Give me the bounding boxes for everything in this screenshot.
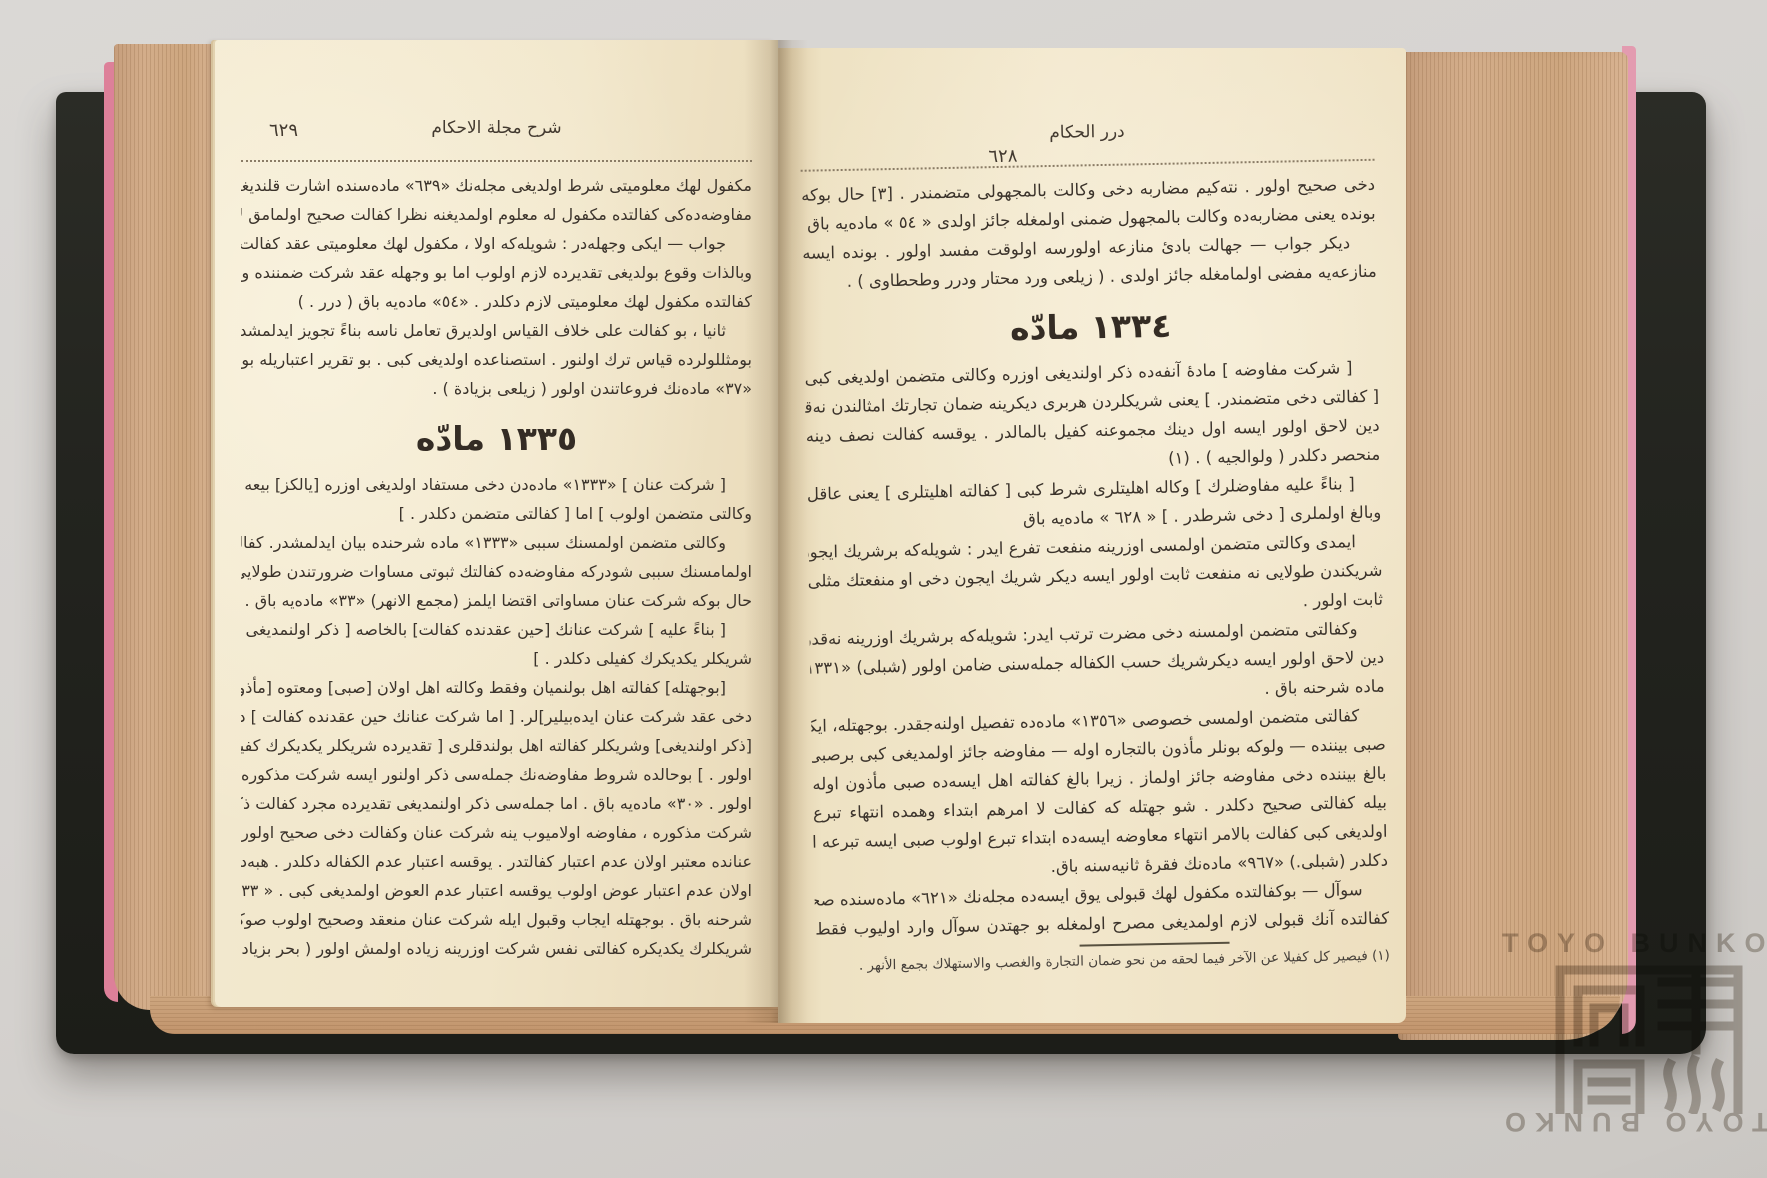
- text-line: جواب — ايكى وجهله‌در : شويله‌كه اولا ، م…: [241, 229, 752, 258]
- text-line: كفالتده مكفول لهك معلوميتى لازم دكلدر . …: [241, 287, 752, 316]
- text-line: دخى عقد شركت عنان ايده‌بيلير]لر. [ اما ش…: [241, 702, 752, 731]
- left-running-title: شرح مجلة الاحكام: [241, 118, 752, 138]
- photo-background: ٦٢٩ شرح مجلة الاحكام مكفول لهك معلوميتى …: [0, 0, 1767, 1178]
- article-heading: ١٣٣٥ مادّه: [241, 419, 752, 458]
- text-line: [بوجهتله] كفالته اهل بولنميان وفقط وكالت…: [241, 673, 752, 702]
- text-line: [ بناءً عليه ] شركت عنانك [حين عقدنده كف…: [241, 615, 752, 644]
- header-rule-left: [241, 160, 752, 162]
- page-edges-left: [114, 44, 216, 1010]
- text-line: حال بوكه شركت عنان مساواتى اقتضا ايلمز (…: [241, 586, 752, 615]
- right-page-header: ٦٢٨ درر الحكام: [800, 117, 1374, 156]
- header-rule-right: [801, 159, 1375, 172]
- text-line: اولان عدم اعتبار عوض اولوب يوقسه اعتبار …: [241, 876, 752, 905]
- text-line: [ شركت عنان ] «١٣٣٣» ماده‌دن دخى مستفاد …: [241, 470, 752, 499]
- text-line: مفاوضه‌ده‌كى كفالتده مكفول له معلوم اولم…: [241, 200, 752, 229]
- text-line: اولور . ] بوحالده شروط مفاوضه‌نك جمله‌سى…: [241, 760, 752, 789]
- right-page: ٦٢٨ درر الحكام دخى صحيح اولور . نته‌كيم …: [778, 48, 1406, 1023]
- text-line: وكالتى متضمن اولوب ] اما [ كفالتى متضمن …: [241, 499, 752, 528]
- text-line: شرحنه باق . بوجهتله ايجاب وقبول ايله شرك…: [241, 905, 752, 934]
- text-line: بومثللولرده قياس ترك اولنور . استصناعده …: [241, 345, 752, 374]
- text-line: شركت مذكوره ، مفاوضه اولاميوب ينه شركت ع…: [241, 818, 752, 847]
- text-line: «٣٧» ماده‌نك فروعاتندن اولور ( زيلعى بزي…: [241, 374, 752, 403]
- text-line: وبالذات وقوع بولديغى تقديرده لازم اولوب …: [241, 258, 752, 287]
- right-page-body: دخى صحيح اولور . نته‌كيم مضاربه دخى وكال…: [801, 170, 1390, 944]
- left-page: ٦٢٩ شرح مجلة الاحكام مكفول لهك معلوميتى …: [215, 40, 778, 1007]
- text-line: شريكلرك يكديكره كفالتى نفس شركت اوزرينه …: [241, 934, 752, 963]
- left-page-header: ٦٢٩ شرح مجلة الاحكام: [241, 118, 752, 146]
- right-running-title: درر الحكام: [800, 117, 1374, 148]
- left-page-body: مكفول لهك معلوميتى شرط اولديغى مجله‌نك «…: [241, 171, 752, 963]
- text-line: وكالتى متضمن اولمسنك سببى «١٣٣٣» ماده شر…: [241, 528, 752, 557]
- text-line: اولور . «٣٠» ماده‌يه باق . اما جمله‌سى ذ…: [241, 789, 752, 818]
- right-page-number: ٦٢٨: [988, 146, 1017, 168]
- toyo-bunko-watermark-text-reversed: TOYO BUNKO: [1502, 1106, 1767, 1137]
- page-edges-right: [1398, 52, 1628, 1040]
- text-line: شريكلر يكديكرك كفيلى دكلدر . ]: [241, 644, 752, 673]
- text-line: [ذكر اولنديغى] وشريكلر كفالته اهل بولندق…: [241, 731, 752, 760]
- text-line: مكفول لهك معلوميتى شرط اولديغى مجله‌نك «…: [241, 171, 752, 200]
- footnote-rule: [1080, 942, 1230, 947]
- text-line: عنانده معتبر اولان عدم اعتبار كفالتدر . …: [241, 847, 752, 876]
- article-heading: ١٣٣٤ مادّه: [803, 302, 1378, 352]
- footnote-area: (١) فيصير كل كفيلا عن الآخر فيما لحقه من…: [816, 939, 1390, 978]
- left-page-number: ٦٢٩: [269, 120, 298, 141]
- text-line: اولمامسنك سببى شودركه مفاوضه‌ده كفالتك ث…: [241, 557, 752, 586]
- footnote-line: (١) فيصير كل كفيلا عن الآخر فيما لحقه من…: [816, 945, 1390, 978]
- text-line: ثانيا ، بو كفالت على خلاف القياس اولديرق…: [241, 316, 752, 345]
